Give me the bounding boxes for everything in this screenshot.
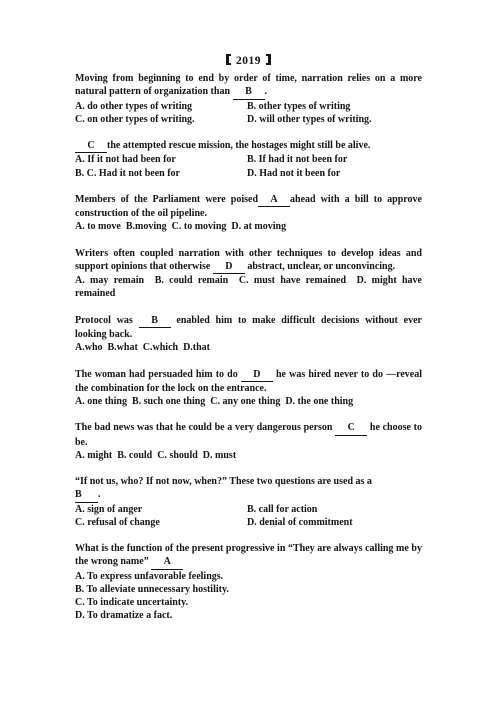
question-block: Protocol was B enabled him to make diffi… [75, 314, 422, 355]
question-stem: “If not us, who? If not now, when?” Thes… [75, 475, 422, 502]
stem-text: abstract, unclear, or unconvincing. [245, 261, 395, 272]
answer-blank: D [241, 368, 273, 382]
option: C. on other types of writing. [75, 113, 247, 126]
options-inline: A.who B.what C.which D.that [75, 341, 422, 354]
answer-letter: A [270, 194, 277, 205]
question-stem: Writers often coupled narration with oth… [75, 247, 422, 274]
answer-letter: B [245, 86, 252, 97]
question-stem: Cthe attempted rescue mission, the hosta… [75, 139, 422, 153]
question-stem: The bad news was that he could be a very… [75, 421, 422, 448]
answer-blank: B [233, 85, 265, 99]
answer-letter: B [75, 489, 82, 500]
options-grid: A. sign of angerB. call for actionC. ref… [75, 503, 422, 529]
option: C. To indicate uncertainty. [75, 596, 422, 609]
answer-blank: C [335, 421, 367, 435]
question-block: What is the function of the present prog… [75, 542, 422, 622]
left-lenticular-bracket-icon [226, 54, 231, 65]
answer-blank: A [258, 193, 290, 207]
answer-letter: C [87, 140, 94, 151]
option: A. If it not had been for [75, 153, 247, 166]
answer-letter: D [225, 261, 232, 272]
question-stem: Moving from beginning to end by order of… [75, 72, 422, 99]
option: A. To express unfavorable feelings. [75, 570, 422, 583]
option: D. To dramatize a fact. [75, 609, 422, 622]
question-stem: The woman had persuaded him to do D he w… [75, 368, 422, 395]
options-grid: A. If it not had been forB. If had it no… [75, 153, 422, 179]
options-inline: A. may remain B. could remain C. must ha… [75, 274, 422, 300]
option: B. other types of writing [247, 100, 422, 113]
stem-text: . [265, 86, 268, 97]
option: A. sign of anger [75, 503, 247, 516]
question-block: The woman had persuaded him to do D he w… [75, 368, 422, 409]
stem-text: What is the function of the present prog… [75, 543, 422, 567]
question-block: Cthe attempted rescue mission, the hosta… [75, 139, 422, 180]
stem-text: The bad news was that he could be a very… [75, 422, 335, 433]
stem-text: Protocol was [75, 315, 139, 326]
question-block: “If not us, who? If not now, when?” Thes… [75, 475, 422, 529]
options-grid: A. do other types of writingB. other typ… [75, 100, 422, 126]
answer-letter: B [151, 315, 158, 326]
option: D. will other types of writing. [247, 113, 422, 126]
option: B. C. Had it not been for [75, 167, 247, 180]
option: B. To alleviate unnecessary hostility. [75, 583, 422, 596]
page-title: 2019 [75, 54, 422, 68]
document-page: { "doc": { "title": "【2019】", "title_yea… [0, 0, 496, 702]
option: B. If had it not been for [247, 153, 422, 166]
question-block: Moving from beginning to end by order of… [75, 72, 422, 126]
question-block: Writers often coupled narration with oth… [75, 247, 422, 301]
options-inline: A. one thing B. such one thing C. any on… [75, 395, 422, 408]
stem-text: “If not us, who? If not now, when?” Thes… [75, 476, 372, 487]
answer-letter: A [164, 556, 171, 567]
options-inline: A. to move B.moving C. to moving D. at m… [75, 220, 422, 233]
answer-letter: D [253, 369, 260, 380]
exam-document: 2019 Moving from beginning to end by ord… [75, 54, 422, 622]
right-lenticular-bracket-icon [266, 54, 271, 65]
option: C. refusal of change [75, 516, 247, 529]
question-stem: What is the function of the present prog… [75, 542, 422, 569]
answer-blank: D [213, 260, 245, 274]
option: D. denial of commitment [247, 516, 422, 529]
stem-text: . [98, 489, 101, 500]
answer-blank: B [139, 314, 171, 328]
answer-blank: B [75, 488, 98, 502]
answer-letter: C [348, 422, 355, 433]
question-stem: Members of the Parliament were poisedAah… [75, 193, 422, 220]
option: B. call for action [247, 503, 422, 516]
answer-blank: A [151, 555, 183, 569]
option: D. Had not it been for [247, 167, 422, 180]
answer-blank: C [75, 139, 107, 153]
stem-text: the attempted rescue mission, the hostag… [107, 140, 370, 151]
option: A. do other types of writing [75, 100, 247, 113]
question-block: The bad news was that he could be a very… [75, 421, 422, 462]
question-block: Members of the Parliament were poisedAah… [75, 193, 422, 234]
title-year: 2019 [236, 55, 261, 67]
question-list: Moving from beginning to end by order of… [75, 72, 422, 622]
options-inline: A. might B. could C. should D. must [75, 449, 422, 462]
stem-text: Members of the Parliament were poised [75, 194, 258, 205]
stem-text: The woman had persuaded him to do [75, 369, 241, 380]
question-stem: Protocol was B enabled him to make diffi… [75, 314, 422, 341]
